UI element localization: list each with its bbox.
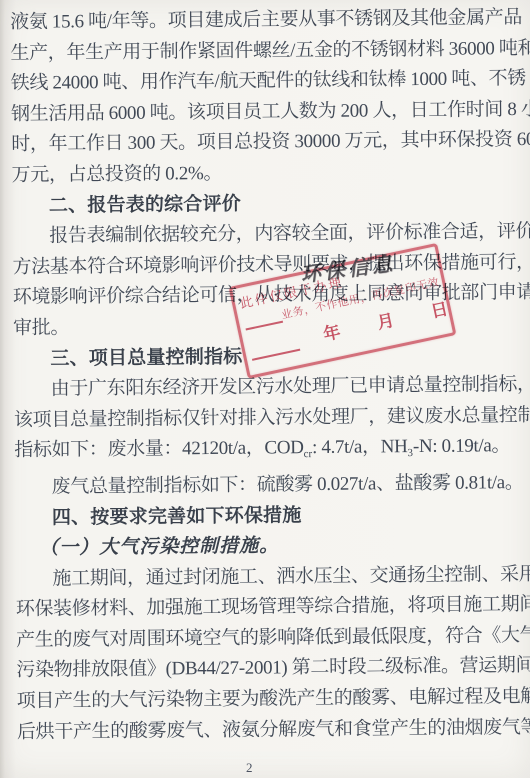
body-line: 由于广东阳东经济开发区污水处理厂已申请总量控制指标，: [14, 370, 530, 406]
subscript-cr: cr: [304, 448, 313, 460]
body-line: 生产，年生产用于制作紧固件螺丝/五金的不锈钢材料 36000 吨和: [10, 34, 526, 70]
body-line: 施工期间，通过封闭施工、洒水压尘、交通扬尘控制、采用: [15, 560, 530, 596]
body-line: 时，年工作日 300 天。项目总投资 30000 万元，其中环保投资 60: [11, 125, 527, 161]
scanned-document-page: 液氨 15.6 吨/年等。项目建成后主要从事不锈钢及其他金属产品 生产，年生产用…: [0, 0, 530, 778]
body-line: 污染物排放限值》(DB44/27-2001) 第二时段二级标准。营运期间，: [16, 651, 530, 687]
body-line: 报告表编制依据较充分，内容较全面，评价标准合适，评价: [12, 217, 528, 253]
stamp-day-label: 日: [428, 294, 450, 322]
body-line: 废气总量控制指标如下：硫酸雾 0.027t/a、盐酸雾 0.81t/a。: [14, 468, 530, 504]
stamp-year-label: 年: [321, 317, 343, 345]
body-line-with-subscripts: 指标如下：废水量：42120t/a，CODcr: 4.7t/a，NH3-N: 0…: [14, 431, 530, 473]
page-number: 2: [246, 760, 253, 776]
stamp-fill-in-blank: [243, 309, 283, 331]
section-heading-4: 四、按要求完善如下环保措施: [15, 498, 530, 534]
body-line: 钢生活用品 6000 吨。该项目员工人数为 200 人，日工作时间 8 小: [11, 95, 527, 131]
document-body: 液氨 15.6 吨/年等。项目建成后主要从事不锈钢及其他金属产品 生产，年生产用…: [10, 3, 530, 748]
body-line: 后烘干产生的酸雾废气、液氨分解废气和食堂产生的油烟废气等，: [17, 713, 530, 749]
body-line: 环保装修材料、加强施工现场管理等综合措施，将项目施工期间: [16, 590, 530, 626]
stamp-date-blank: [249, 335, 300, 361]
stamp-month-label: 月: [374, 306, 396, 334]
section-heading-2: 二、报告表的综合评价: [12, 187, 528, 223]
body-line: 液氨 15.6 吨/年等。项目建成后主要从事不锈钢及其他金属产品: [10, 3, 526, 39]
body-line: 该项目总量控制指标仅针对排入污水处理厂，建议废水总量控制: [14, 401, 530, 437]
body-line: 产生的废气对周围环境空气的影响降低到最低限度，符合《大气: [16, 621, 530, 657]
subsection-heading-1: （一）大气污染控制措施。: [15, 529, 530, 565]
body-line: 万元，占总投资的 0.2%。: [11, 156, 527, 192]
body-line: 项目产生的大气污染物主要为酸洗产生的酸雾、电解过程及电解: [17, 682, 530, 718]
body-line: 铁线 24000 吨、用作汽车/航天配件的钛线和钛棒 1000 吨、不锈: [11, 64, 527, 100]
